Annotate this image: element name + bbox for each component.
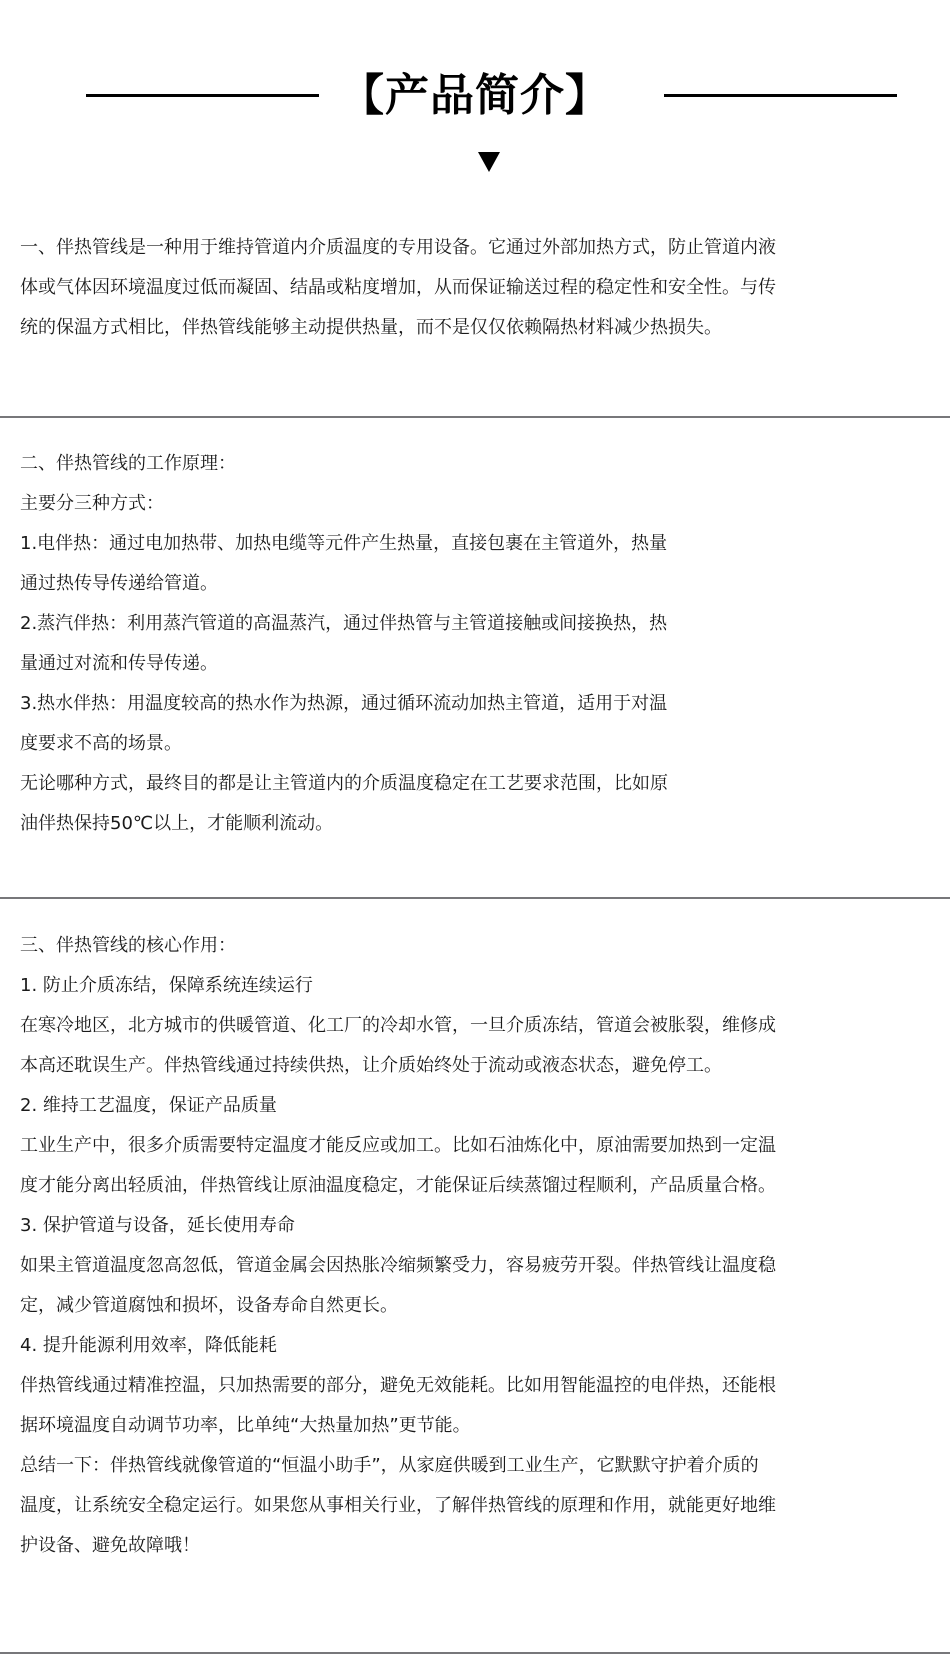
down-triangle-icon <box>478 152 500 172</box>
paragraph-line: 在寒冷地区，北方城市的供暖管道、化工厂的冷却水管，一旦介质冻结，管道会被胀裂，维… <box>20 1006 935 1046</box>
title-rule-right <box>664 94 897 97</box>
section-heading: 二、伴热管线的工作原理： <box>20 444 935 484</box>
paragraph-line: 主要分三种方式： <box>20 484 935 524</box>
section-divider <box>0 1652 950 1654</box>
paragraph-line: 3.热水伴热：用温度较高的热水作为热源，通过循环流动加热主管道，适用于对温 <box>20 684 935 724</box>
paragraph-line: 统的保温方式相比，伴热管线能够主动提供热量，而不是仅仅依赖隔热材料减少热损失。 <box>20 308 935 348</box>
principle-section: 二、伴热管线的工作原理： 主要分三种方式： 1.电伴热：通过电加热带、加热电缆等… <box>20 444 935 844</box>
section-heading: 三、伴热管线的核心作用： <box>20 926 935 966</box>
subheading: 2. 维持工艺温度，保证产品质量 <box>20 1086 935 1126</box>
paragraph-line: 本高还耽误生产。伴热管线通过持续供热，让介质始终处于流动或液态状态，避免停工。 <box>20 1046 935 1086</box>
paragraph-line: 无论哪种方式，最终目的都是让主管道内的介质温度稳定在工艺要求范围，比如原 <box>20 764 935 804</box>
section-divider <box>0 897 950 899</box>
paragraph-line: 总结一下：伴热管线就像管道的“恒温小助手”，从家庭供暖到工业生产，它默默守护着介… <box>20 1446 935 1486</box>
paragraph-line: 2.蒸汽伴热：利用蒸汽管道的高温蒸汽，通过伴热管与主管道接触或间接换热，热 <box>20 604 935 644</box>
paragraph-line: 体或气体因环境温度过低而凝固、结晶或粘度增加，从而保证输送过程的稳定性和安全性。… <box>20 268 935 308</box>
section-divider <box>0 416 950 418</box>
paragraph-line: 一、伴热管线是一种用于维持管道内介质温度的专用设备。它通过外部加热方式，防止管道… <box>20 228 935 268</box>
paragraph-line: 如果主管道温度忽高忽低，管道金属会因热胀冷缩频繁受力，容易疲劳开裂。伴热管线让温… <box>20 1246 935 1286</box>
paragraph-line: 油伴热保持50℃以上，才能顺利流动。 <box>20 804 935 844</box>
subheading: 3. 保护管道与设备，延长使用寿命 <box>20 1206 935 1246</box>
paragraph-line: 量通过对流和传导传递。 <box>20 644 935 684</box>
paragraph-line: 温度，让系统安全稳定运行。如果您从事相关行业，了解伴热管线的原理和作用，就能更好… <box>20 1486 935 1526</box>
paragraph-line: 1.电伴热：通过电加热带、加热电缆等元件产生热量，直接包裹在主管道外，热量 <box>20 524 935 564</box>
subheading: 4. 提升能源利用效率，降低能耗 <box>20 1326 935 1366</box>
paragraph-line: 通过热传导传递给管道。 <box>20 564 935 604</box>
paragraph-line: 工业生产中，很多介质需要特定温度才能反应或加工。比如石油炼化中，原油需要加热到一… <box>20 1126 935 1166</box>
paragraph-line: 据环境温度自动调节功率，比单纯“大热量加热”更节能。 <box>20 1406 935 1446</box>
intro-section: 一、伴热管线是一种用于维持管道内介质温度的专用设备。它通过外部加热方式，防止管道… <box>20 228 935 348</box>
paragraph-line: 度要求不高的场景。 <box>20 724 935 764</box>
functions-section: 三、伴热管线的核心作用： 1. 防止介质冻结，保障系统连续运行 在寒冷地区，北方… <box>20 926 935 1566</box>
subheading: 1. 防止介质冻结，保障系统连续运行 <box>20 966 935 1006</box>
paragraph-line: 定，减少管道腐蚀和损坏，设备寿命自然更长。 <box>20 1286 935 1326</box>
section-header: 【产品简介】 <box>0 0 950 200</box>
paragraph-line: 伴热管线通过精准控温，只加热需要的部分，避免无效能耗。比如用智能温控的电伴热，还… <box>20 1366 935 1406</box>
paragraph-line: 度才能分离出轻质油，伴热管线让原油温度稳定，才能保证后续蒸馏过程顺利，产品质量合… <box>20 1166 935 1206</box>
paragraph-line: 护设备、避免故障哦！ <box>20 1526 935 1566</box>
